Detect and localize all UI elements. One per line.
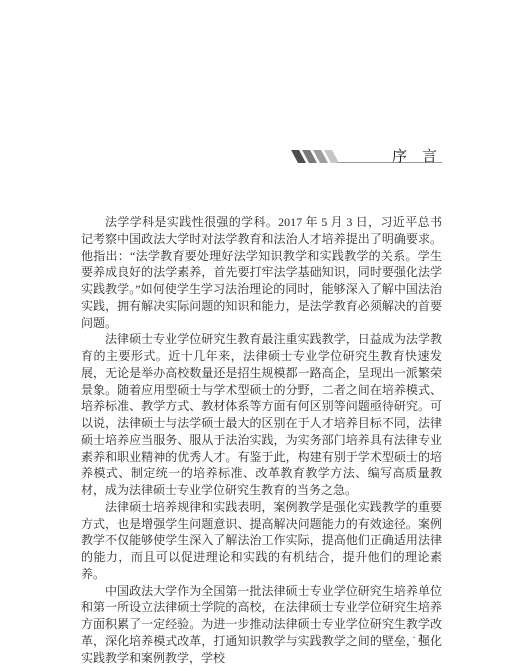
paragraph: 法律硕士专业学位研究生教育最注重实践教学，日益成为法学教育的主要形式。近十几年来… (81, 331, 442, 499)
paragraph: 法律硕士培养规律和实践表明，案例教学是强化实践教学的重要方式，也是增强学生问题意… (81, 499, 442, 583)
page-number: · 1 · (398, 633, 444, 644)
preface-page: 序 言 法学学科是实践性很强的学科。2017 年 5 月 3 日，习近平总书记考… (0, 0, 524, 666)
body-text: 法学学科是实践性很强的学科。2017 年 5 月 3 日，习近平总书记考察中国政… (81, 214, 442, 666)
paragraph: 法学学科是实践性很强的学科。2017 年 5 月 3 日，习近平总书记考察中国政… (81, 214, 442, 331)
chapter-title: 序 言 (392, 150, 437, 164)
chapter-header: 序 言 (296, 149, 442, 163)
deco-stripes-icon (298, 150, 339, 163)
paragraph: 中国政法大学作为全国第一批法律硕士专业学位研究生培养单位和第一所设立法律硕士学院… (81, 583, 442, 666)
